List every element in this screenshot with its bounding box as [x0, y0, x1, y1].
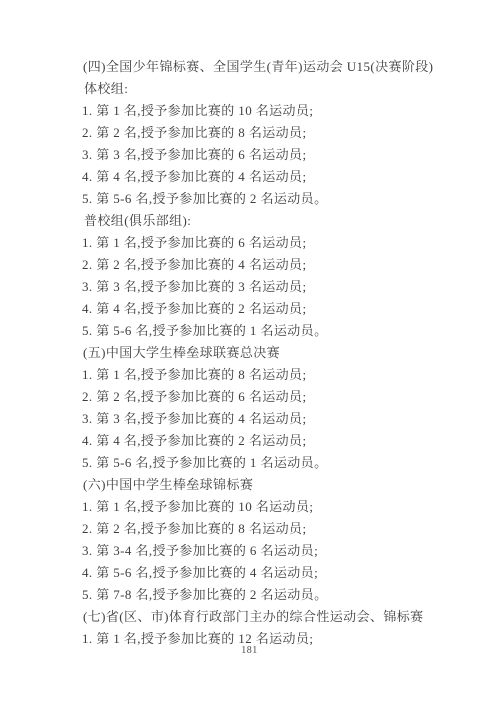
text-line: 4. 第 4 名,授予参加比赛的 2 名运动员;	[82, 430, 469, 452]
text-line: (四)全国少年锦标赛、全国学生(青年)运动会 U15(决赛阶段)	[82, 56, 469, 78]
text-line: 3. 第 3-4 名,授予参加比赛的 6 名运动员;	[82, 540, 469, 562]
text-line: 1. 第 1 名,授予参加比赛的 8 名运动员;	[82, 364, 469, 386]
text-line: (六)中国中学生棒垒球锦标赛	[82, 474, 469, 496]
text-line: 1. 第 1 名,授予参加比赛的 6 名运动员;	[82, 232, 469, 254]
text-line: 体校组:	[82, 78, 469, 100]
text-line: 4. 第 4 名,授予参加比赛的 2 名运动员;	[82, 298, 469, 320]
text-line: 5. 第 7-8 名,授予参加比赛的 2 名运动员。	[82, 584, 469, 606]
document-page: (四)全国少年锦标赛、全国学生(青年)运动会 U15(决赛阶段)体校组:1. 第…	[0, 0, 499, 706]
text-line: 2. 第 2 名,授予参加比赛的 8 名运动员;	[82, 122, 469, 144]
text-line: 2. 第 2 名,授予参加比赛的 8 名运动员;	[82, 518, 469, 540]
text-line: 5. 第 5-6 名,授予参加比赛的 1 名运动员。	[82, 452, 469, 474]
text-line: 3. 第 3 名,授予参加比赛的 6 名运动员;	[82, 144, 469, 166]
text-line: 5. 第 5-6 名,授予参加比赛的 1 名运动员。	[82, 320, 469, 342]
text-line: 3. 第 3 名,授予参加比赛的 4 名运动员;	[82, 408, 469, 430]
text-line: (五)中国大学生棒垒球联赛总决赛	[82, 342, 469, 364]
page-number: 181	[0, 645, 499, 656]
text-line: 4. 第 5-6 名,授予参加比赛的 4 名运动员;	[82, 562, 469, 584]
text-line: 4. 第 4 名,授予参加比赛的 4 名运动员;	[82, 166, 469, 188]
text-line: 3. 第 3 名,授予参加比赛的 3 名运动员;	[82, 276, 469, 298]
text-line: 普校组(俱乐部组):	[82, 210, 469, 232]
text-line: 1. 第 1 名,授予参加比赛的 10 名运动员;	[82, 496, 469, 518]
text-line: 5. 第 5-6 名,授予参加比赛的 2 名运动员。	[82, 188, 469, 210]
text-line: 2. 第 2 名,授予参加比赛的 6 名运动员;	[82, 386, 469, 408]
text-line: 2. 第 2 名,授予参加比赛的 4 名运动员;	[82, 254, 469, 276]
text-line: (七)省(区、市)体育行政部门主办的综合性运动会、锦标赛	[82, 606, 469, 628]
document-body: (四)全国少年锦标赛、全国学生(青年)运动会 U15(决赛阶段)体校组:1. 第…	[82, 56, 469, 650]
text-line: 1. 第 1 名,授予参加比赛的 10 名运动员;	[82, 100, 469, 122]
